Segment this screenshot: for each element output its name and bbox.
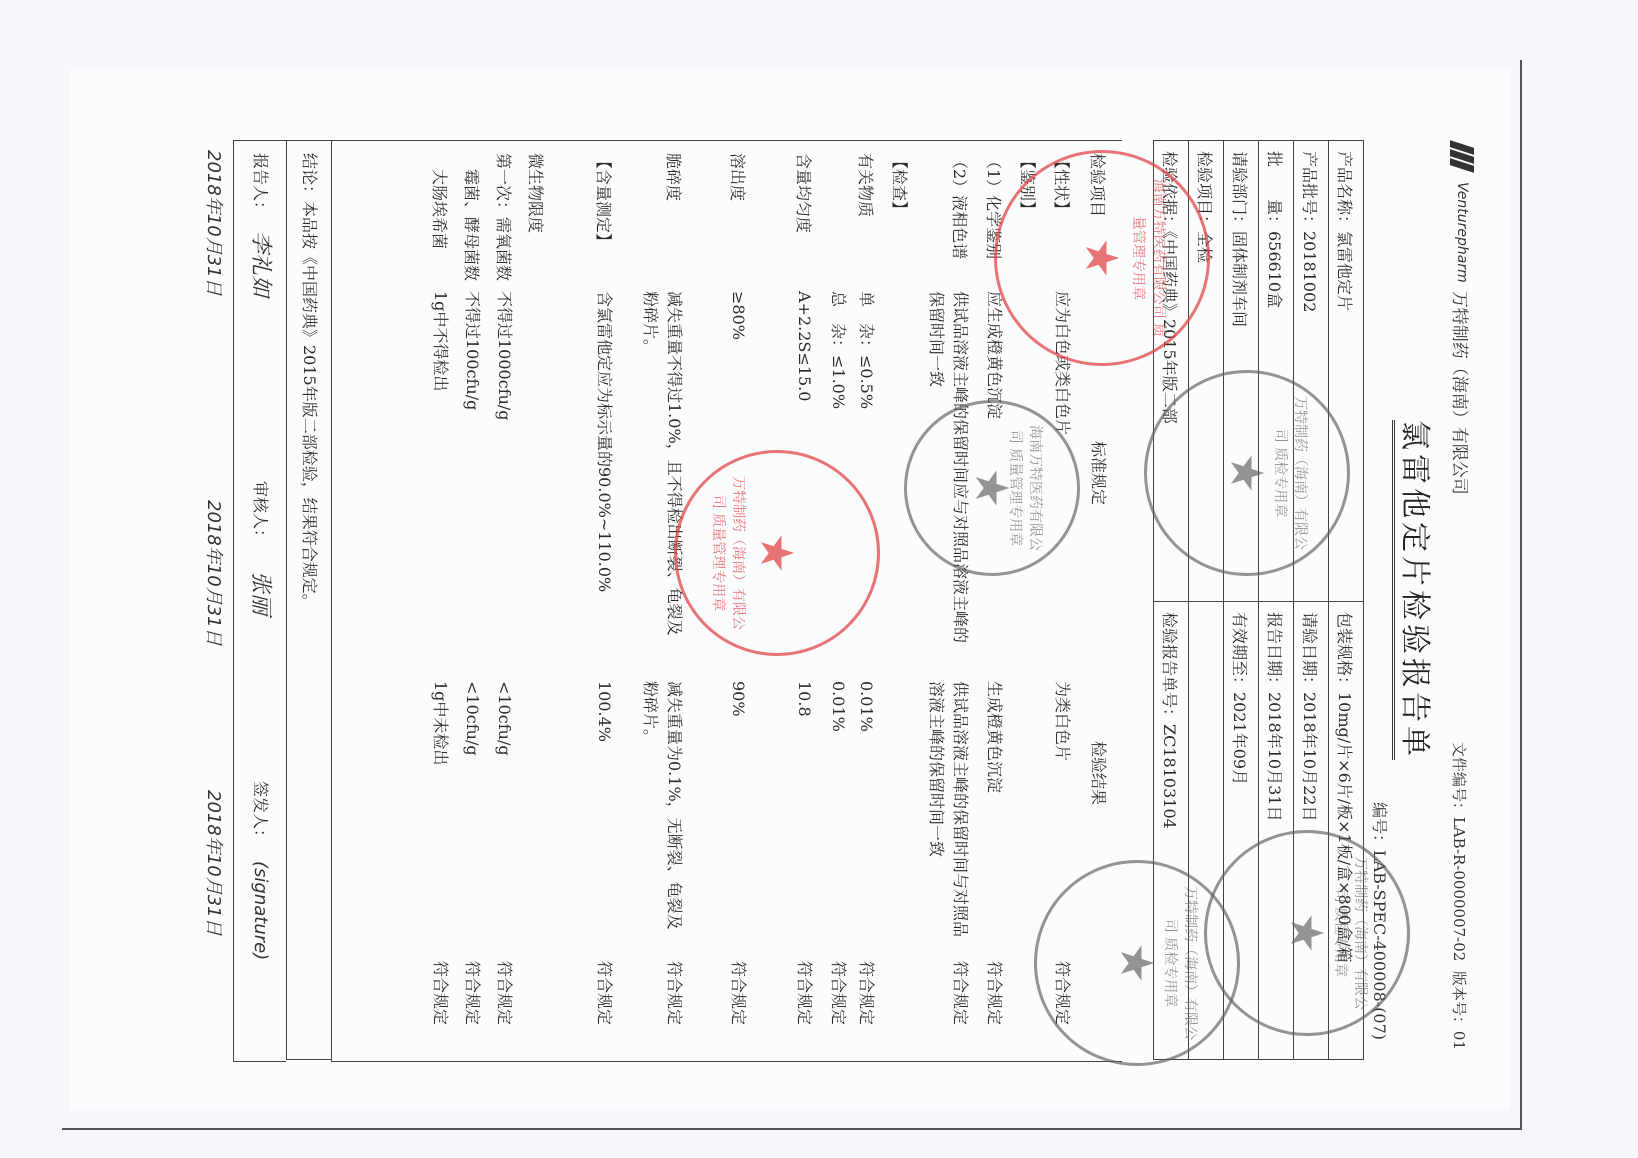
test-standard: 供试品溶液主峰的保留时间应与对照品溶液主峰的保留时间一致 xyxy=(924,291,972,651)
info-row: 检验项目：全检 xyxy=(1189,141,1224,1060)
test-item: 大肠埃希菌 xyxy=(429,153,452,249)
reviewer-date: 2018年10月31日 xyxy=(202,500,228,646)
reviewer-signature: 张丽 xyxy=(234,571,286,615)
info-cell-right: 报告日期：2018年10月31日 xyxy=(1259,602,1294,1060)
info-cell-right: 包装规格：10mg/片×6片/板×1板/盒×800盒/箱 xyxy=(1329,602,1364,1060)
info-cell-right: 有效期至：2021年09月 xyxy=(1224,602,1259,1060)
reporter-date: 2018年10月31日 xyxy=(202,150,228,296)
test-item: 脆碎度 xyxy=(663,153,686,201)
info-cell-left: 检验依据：《中国药典》2015年版二部 xyxy=(1154,141,1189,602)
test-verdict: 符合规定 xyxy=(726,961,750,1025)
test-standard: 应为白色或类白色片 xyxy=(1050,291,1074,651)
test-result: <10cfu/g xyxy=(492,681,516,941)
test-result: 0.01% xyxy=(826,681,850,941)
product-info-table: 产品名称：氯雷他定片包装规格：10mg/片×6片/板×1板/盒×800盒/箱产品… xyxy=(1153,140,1364,1060)
company-logo-icon xyxy=(1448,140,1476,174)
version-label: 版本号： xyxy=(1450,971,1468,1031)
test-verdict: 符合规定 xyxy=(854,961,878,1025)
test-standard: 减失重量不得过1.0%，且不得检出断裂、龟裂及粉碎片。 xyxy=(638,291,686,651)
test-item: 溶出度 xyxy=(727,153,750,201)
info-cell-right xyxy=(1189,602,1224,1060)
signature-row: 报告人： 李礼如 审核人： 张丽 签发人： (signature) xyxy=(233,140,286,1062)
test-item: （2）液相色谱 xyxy=(949,153,972,259)
report-title-text: 氯雷他定片检验报告单 xyxy=(1392,420,1432,760)
test-item: 含量均匀度 xyxy=(793,153,816,233)
info-row: 批 量：656610盒报告日期：2018年10月31日 xyxy=(1259,141,1294,1060)
reporter-label: 报告人： xyxy=(234,153,286,217)
info-cell-left: 请验部门：固体制剂车间 xyxy=(1224,141,1259,602)
test-verdict: 符合规定 xyxy=(826,961,850,1025)
version-value: 01 xyxy=(1450,1031,1468,1050)
company-name: 万特制药（海南）有限公司 xyxy=(1450,291,1475,495)
test-verdict: 符合规定 xyxy=(492,961,516,1025)
page-border xyxy=(62,1128,1522,1130)
test-result: 0.01% xyxy=(854,681,878,941)
test-item: 【检查】 xyxy=(889,153,912,217)
header-item: 检验项目 xyxy=(1087,153,1110,217)
info-cell-left: 产品名称：氯雷他定片 xyxy=(1329,141,1364,602)
company-header: Venturepharm 万特制药（海南）有限公司 xyxy=(1448,140,1476,495)
serial-number: 编号：LAB-SPEC-400008-(07) xyxy=(1369,802,1392,1040)
info-cell-left: 批 量：656610盒 xyxy=(1259,141,1294,602)
info-row: 请验部门：固体制剂车间有效期至：2021年09月 xyxy=(1224,141,1259,1060)
test-verdict: 符合规定 xyxy=(592,961,616,1025)
approver-date: 2018年10月31日 xyxy=(202,790,228,936)
test-standard: 总 杂：≤1.0% xyxy=(826,291,850,651)
document-number-value: LAB-R-0000007-02 xyxy=(1450,817,1468,962)
test-verdict: 符合规定 xyxy=(662,961,686,1025)
test-standard: 应生成橙黄色沉淀 xyxy=(982,291,1006,651)
test-item: 【鉴别】 xyxy=(1017,153,1040,217)
test-result: 90% xyxy=(726,681,750,941)
info-cell-right: 检验报告单号：ZC18103104 xyxy=(1154,602,1189,1060)
test-result: 生成橙黄色沉淀 xyxy=(982,681,1006,941)
info-cell-left: 产品批号：20181002 xyxy=(1294,141,1329,602)
header-result: 检验结果 xyxy=(1086,741,1110,1001)
report-title: 氯雷他定片检验报告单 xyxy=(1396,70,1440,1110)
test-item: 【含量测定】 xyxy=(593,153,616,249)
test-results-section: 检验项目 标准规定 检验结果 【性状】应为白色或类白色片为类白色片符合规定【鉴别… xyxy=(331,140,1122,1062)
test-item: 微生物限度 xyxy=(525,153,548,233)
test-result: 1g中未检出 xyxy=(428,681,452,941)
test-standard: 单 杂：≤0.5% xyxy=(854,291,878,651)
test-verdict: 符合规定 xyxy=(982,961,1006,1025)
page-border xyxy=(1520,60,1522,1130)
conclusion: 结论：本品按《中国药典》2015年版二部检验，结果符合规定。 xyxy=(286,140,332,1060)
info-cell-left: 检验项目：全检 xyxy=(1189,141,1224,602)
info-row: 产品批号：20181002请验日期：2018年10月22日 xyxy=(1294,141,1329,1060)
test-result: 10.8 xyxy=(792,681,816,941)
test-result: 为类白色片 xyxy=(1050,681,1074,941)
brand-name: Venturepharm xyxy=(1454,182,1470,283)
document-number-label: 文件编号： xyxy=(1450,742,1468,817)
test-standard: A+2.2S≤15.0 xyxy=(792,291,816,651)
test-item: （1）化学鉴别 xyxy=(983,153,1006,259)
test-verdict: 符合规定 xyxy=(1050,961,1074,1025)
test-verdict: 符合规定 xyxy=(948,961,972,1025)
info-row: 检验依据：《中国药典》2015年版二部检验报告单号：ZC18103104 xyxy=(1154,141,1189,1060)
serial-value: LAB-SPEC-400008-(07) xyxy=(1370,850,1389,1040)
approver-signature: (signature) xyxy=(234,861,286,960)
test-standard: 含氯雷他定应为标示量的90.0%~110.0% xyxy=(592,291,616,651)
reporter-signature: 李礼如 xyxy=(234,231,286,297)
test-result: 100.4% xyxy=(592,681,616,941)
test-standard: 不得过1000cfu/g xyxy=(492,291,516,651)
test-item: 【性状】 xyxy=(1051,153,1074,217)
serial-label: 编号： xyxy=(1370,802,1389,850)
test-item: 第一次：需氧菌数 xyxy=(493,153,516,281)
test-result: 减失重量为0.1%，无断裂、龟裂及粉碎片。 xyxy=(638,681,686,941)
info-row: 产品名称：氯雷他定片包装规格：10mg/片×6片/板×1板/盒×800盒/箱 xyxy=(1329,141,1364,1060)
test-verdict: 符合规定 xyxy=(460,961,484,1025)
test-standard: 不得过100cfu/g xyxy=(460,291,484,651)
info-cell-right: 请验日期：2018年10月22日 xyxy=(1294,602,1329,1060)
test-verdict: 符合规定 xyxy=(792,961,816,1025)
test-item: 有关物质 xyxy=(855,153,878,217)
test-standard: 1g中不得检出 xyxy=(428,291,452,651)
reviewer-label: 审核人： xyxy=(234,481,286,545)
test-standard: ≥80% xyxy=(726,291,750,651)
test-verdict: 符合规定 xyxy=(428,961,452,1025)
document-number: 文件编号：LAB-R-0000007-02 版本号：01 xyxy=(1449,742,1470,1050)
test-result: 供试品溶液主峰的保留时间与对照品溶液主峰的保留时间一致 xyxy=(924,681,972,941)
test-result: <10cfu/g xyxy=(460,681,484,941)
inspection-report-page: Venturepharm 万特制药（海南）有限公司 文件编号：LAB-R-000… xyxy=(70,70,1510,1110)
approver-label: 签发人： xyxy=(234,781,286,845)
test-item: 霉菌、酵母菌数 xyxy=(461,153,484,281)
